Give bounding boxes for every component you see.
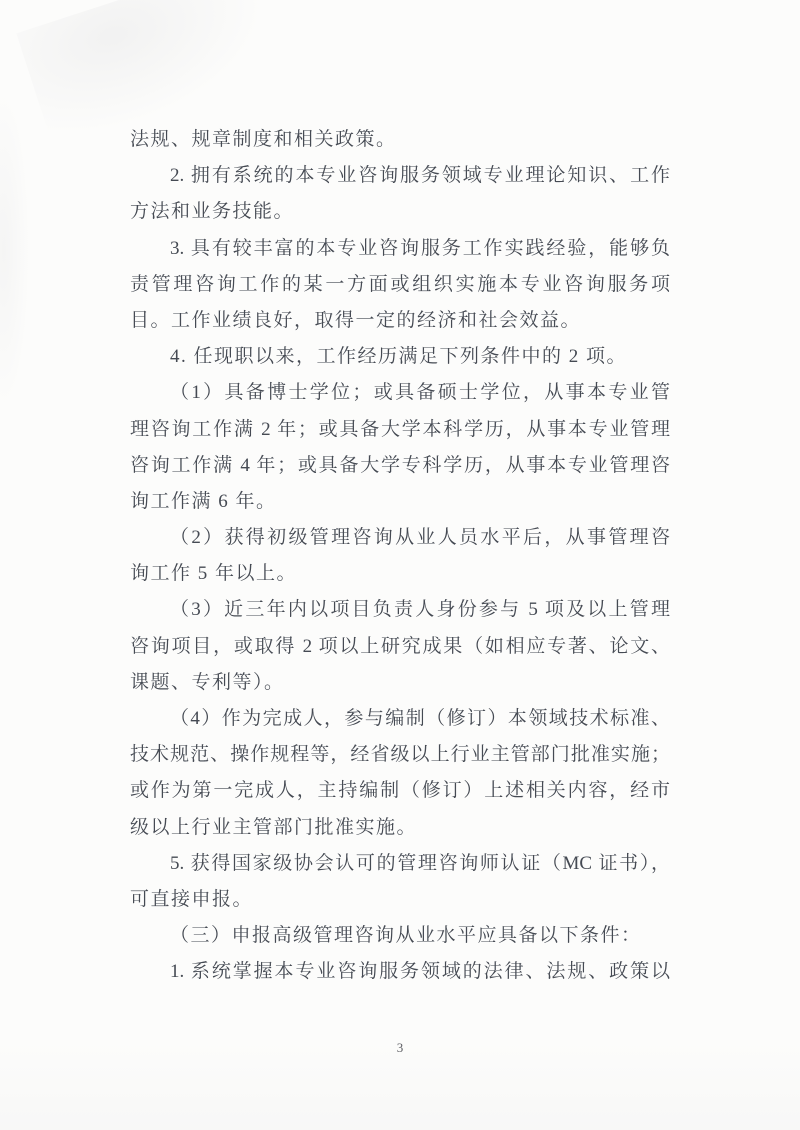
text-line: 或作为第一完成人，主持编制（修订）上述相关内容，经市 <box>130 773 670 809</box>
text-line: 咨询项目，或取得 2 项以上研究成果（如相应专著、论文、 <box>130 629 670 665</box>
text-line: （4）作为完成人，参与编制（修订）本领域技术标准、 <box>130 701 670 737</box>
text-line: 方法和业务技能。 <box>130 194 670 230</box>
text-line: 5. 获得国家级协会认可的管理咨询师认证（MC 证书）， <box>130 846 670 882</box>
text-line: 3. 具有较丰富的本专业咨询服务工作实践经验，能够负 <box>130 231 670 267</box>
page-number: 3 <box>0 1038 800 1058</box>
text-line: 责管理咨询工作的某一方面或组织实施本专业咨询服务项 <box>130 267 670 303</box>
text-line: 级以上行业主管部门批准实施。 <box>130 810 670 846</box>
document-text-block: 法规、规章制度和相关政策。 2. 拥有系统的本专业咨询服务领域专业理论知识、工作… <box>130 122 670 991</box>
text-line: 询工作满 6 年。 <box>130 484 670 520</box>
text-line: 4. 任现职以来，工作经历满足下列条件中的 2 项。 <box>130 339 670 375</box>
text-line: （1）具备博士学位；或具备硕士学位，从事本专业管 <box>130 375 670 411</box>
scan-artifact-left-edge <box>0 90 30 410</box>
text-line: 技术规范、操作规程等，经省级以上行业主管部门批准实施； <box>130 737 670 773</box>
text-line: 目。工作业绩良好，取得一定的经济和社会效益。 <box>130 303 670 339</box>
text-line: 询工作 5 年以上。 <box>130 556 670 592</box>
text-line: 课题、专利等）。 <box>130 665 670 701</box>
text-line: （3）近三年内以项目负责人身份参与 5 项及以上管理 <box>130 592 670 628</box>
text-line: 2. 拥有系统的本专业咨询服务领域专业理论知识、工作 <box>130 158 670 194</box>
text-line: 1. 系统掌握本专业咨询服务领域的法律、法规、政策以 <box>130 954 670 990</box>
text-line: （2）获得初级管理咨询从业人员水平后，从事管理咨 <box>130 520 670 556</box>
document-page: 法规、规章制度和相关政策。 2. 拥有系统的本专业咨询服务领域专业理论知识、工作… <box>0 0 800 1130</box>
text-line: 咨询工作满 4 年；或具备大学专科学历，从事本专业管理咨 <box>130 448 670 484</box>
text-line: 可直接申报。 <box>130 882 670 918</box>
text-line: （三）申报高级管理咨询从业水平应具备以下条件： <box>130 918 670 954</box>
text-line: 法规、规章制度和相关政策。 <box>130 122 670 158</box>
text-line: 理咨询工作满 2 年；或具备大学本科学历，从事本专业管理 <box>130 412 670 448</box>
